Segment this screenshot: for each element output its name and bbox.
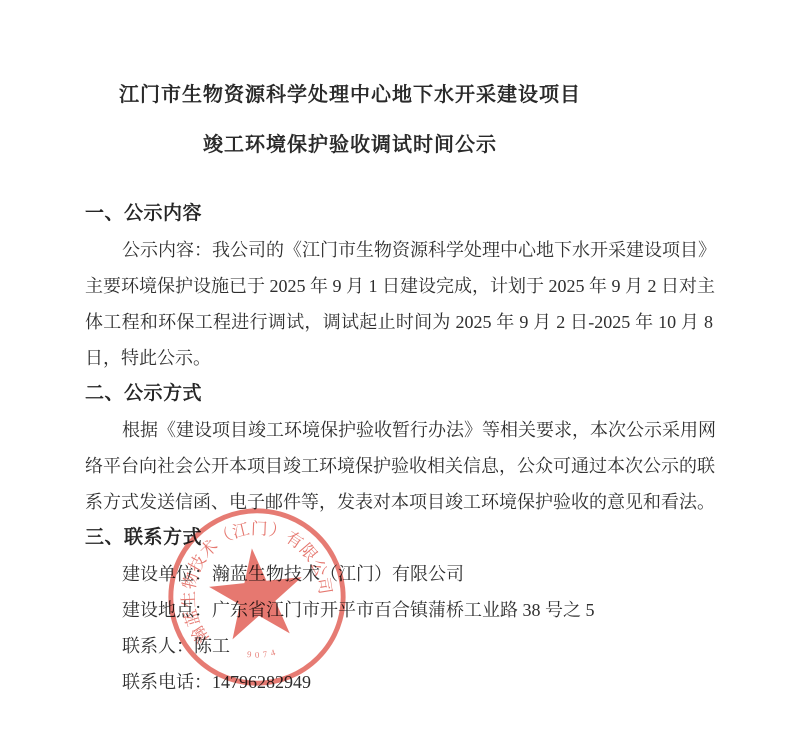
section-public-content: 一、公示内容 公示内容：我公司的《江门市生物资源科学处理中心地下水开采建设项目》… (85, 196, 713, 376)
body-line: 系方式发送信函、电子邮件等，发表对本项目竣工环境保护验收的意见和看法。 (85, 484, 713, 520)
section-contact-info: 三、联系方式 建设单位：瀚蓝生物技术（江门）有限公司 建设地点：广东省江门市开平… (85, 520, 713, 700)
contact-line-address: 建设地点：广东省江门市开平市百合镇蒲桥工业路 38 号之 5 (85, 592, 713, 628)
doc-title-line-2: 竣工环境保护验收调试时间公示 (85, 120, 615, 170)
body-line: 主要环境保护设施已于 2025 年 9 月 1 日建设完成，计划于 2025 年… (85, 268, 713, 304)
contact-line-company: 建设单位：瀚蓝生物技术（江门）有限公司 (85, 556, 713, 592)
body-line: 根据《建设项目竣工环境保护验收暂行办法》等相关要求，本次公示采用网 (85, 412, 713, 448)
document-body: 一、公示内容 公示内容：我公司的《江门市生物资源科学处理中心地下水开采建设项目》… (85, 196, 713, 700)
section-heading: 三、联系方式 (85, 520, 713, 556)
contact-line-person: 联系人：陈工 (85, 628, 713, 664)
section-public-method: 二、公示方式 根据《建设项目竣工环境保护验收暂行办法》等相关要求，本次公示采用网… (85, 376, 713, 520)
document-page: 江门市生物资源科学处理中心地下水开采建设项目 竣工环境保护验收调试时间公示 一、… (85, 0, 713, 700)
contact-line-phone: 联系电话：14796282949 (85, 664, 713, 700)
section-heading: 二、公示方式 (85, 376, 713, 412)
doc-title-line-1: 江门市生物资源科学处理中心地下水开采建设项目 (85, 70, 615, 120)
document-title: 江门市生物资源科学处理中心地下水开采建设项目 竣工环境保护验收调试时间公示 (85, 0, 615, 170)
body-line: 络平台向社会公开本项目竣工环境保护验收相关信息，公众可通过本次公示的联 (85, 448, 713, 484)
body-line: 日，特此公示。 (85, 340, 713, 376)
body-line: 体工程和环保工程进行调试，调试起止时间为 2025 年 9 月 2 日-2025… (85, 304, 713, 340)
section-heading: 一、公示内容 (85, 196, 713, 232)
body-line: 公示内容：我公司的《江门市生物资源科学处理中心地下水开采建设项目》 (85, 232, 713, 268)
